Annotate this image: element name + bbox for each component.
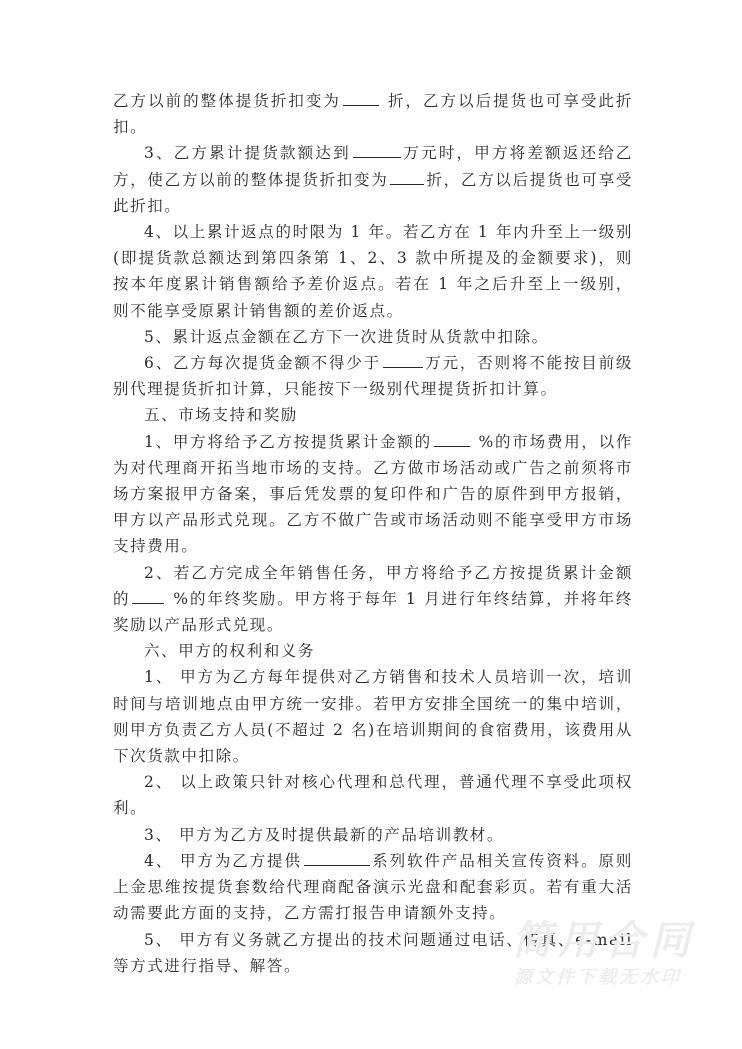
heading-text: 六、甲方的权利和义务 <box>144 642 315 660</box>
text: 2、 以上政策只针对核心代理和总代理，普通代理不享受此项权利。 <box>113 773 633 817</box>
fill-blank <box>353 143 401 158</box>
text: %的年终奖励。甲方将于每年 1 月进行年终结算，并将年终奖励以产品形式兑现。 <box>113 590 633 634</box>
clause-6-4: 4、 甲方为乙方提供系列软件产品相关宣传资料。原则上金思维按提货套数给代理商配备… <box>113 848 633 927</box>
clause-6-2: 2、 以上政策只针对核心代理和总代理，普通代理不享受此项权利。 <box>113 769 633 821</box>
fill-blank <box>132 589 164 604</box>
clause-5-2: 2、若乙方完成全年销售任务，甲方将给予乙方按提货累计金额的 %的年终奖励。甲方将… <box>113 560 633 639</box>
text: 5、 甲方有义务就乙方提出的技术问题通过电话、传真、e-mail等方式进行指导、… <box>113 931 633 975</box>
clause-6-3: 3、 甲方为乙方及时提供最新的产品培训教材。 <box>113 822 633 848</box>
text: 3、 甲方为乙方及时提供最新的产品培训教材。 <box>144 826 504 844</box>
text: 1、甲方将给予乙方按提货累计金额的 <box>144 433 432 451</box>
clause-5-1: 1、甲方将给予乙方按提货累计金额的 %的市场费用，以作为对代理商开拓当地市场的支… <box>113 429 633 560</box>
fill-blank <box>434 432 470 447</box>
text: 1、 甲方为乙方每年提供对乙方销售和技术人员培训一次，培训时间与培训地点由甲方统… <box>113 668 633 765</box>
clause-6-1: 1、 甲方为乙方每年提供对乙方销售和技术人员培训一次，培训时间与培训地点由甲方统… <box>113 664 633 769</box>
section-heading-5: 五、市场支持和奖励 <box>113 402 633 428</box>
clause-4-6: 6、乙方每次提货金额不得少于万元，否则将不能按目前级别代理提货折扣计算，只能按下… <box>113 350 633 402</box>
fill-blank <box>304 851 370 866</box>
paragraph-discount-continuation: 乙方以前的整体提货折扣变为 折，乙方以后提货也可享受此折扣。 <box>113 88 633 140</box>
section-heading-6: 六、甲方的权利和义务 <box>113 638 633 664</box>
fill-blank <box>383 353 423 368</box>
clause-6-5: 5、 甲方有义务就乙方提出的技术问题通过电话、传真、e-mail等方式进行指导、… <box>113 927 633 979</box>
fill-blank <box>390 170 424 185</box>
clause-4-4: 4、以上累计返点的时限为 1 年。若乙方在 1 年内升至上一级别(即提货款总额达… <box>113 219 633 324</box>
text: 4、 甲方为乙方提供 <box>144 852 302 870</box>
text: %的市场费用，以作为对代理商开拓当地市场的支持。乙方做市场活动或广告之前须将市场… <box>113 433 633 556</box>
document-body: 乙方以前的整体提货折扣变为 折，乙方以后提货也可享受此折扣。 3、乙方累计提货款… <box>113 88 633 979</box>
clause-4-3: 3、乙方累计提货款额达到万元时，甲方将差额返还给乙方，使乙方以前的整体提货折扣变… <box>113 140 633 219</box>
text: 乙方以前的整体提货折扣变为 <box>113 92 341 110</box>
text: 3、乙方累计提货款额达到 <box>144 144 351 162</box>
fill-blank <box>343 91 379 106</box>
text: 5、累计返点金额在乙方下一次进货时从货款中扣除。 <box>144 328 549 346</box>
clause-4-5: 5、累计返点金额在乙方下一次进货时从货款中扣除。 <box>113 324 633 350</box>
text: 6、乙方每次提货金额不得少于 <box>144 354 381 372</box>
heading-text: 五、市场支持和奖励 <box>144 406 298 424</box>
document-page: 乙方以前的整体提货折扣变为 折，乙方以后提货也可享受此折扣。 3、乙方累计提货款… <box>0 0 742 1049</box>
text: 4、以上累计返点的时限为 1 年。若乙方在 1 年内升至上一级别(即提货款总额达… <box>113 223 633 320</box>
